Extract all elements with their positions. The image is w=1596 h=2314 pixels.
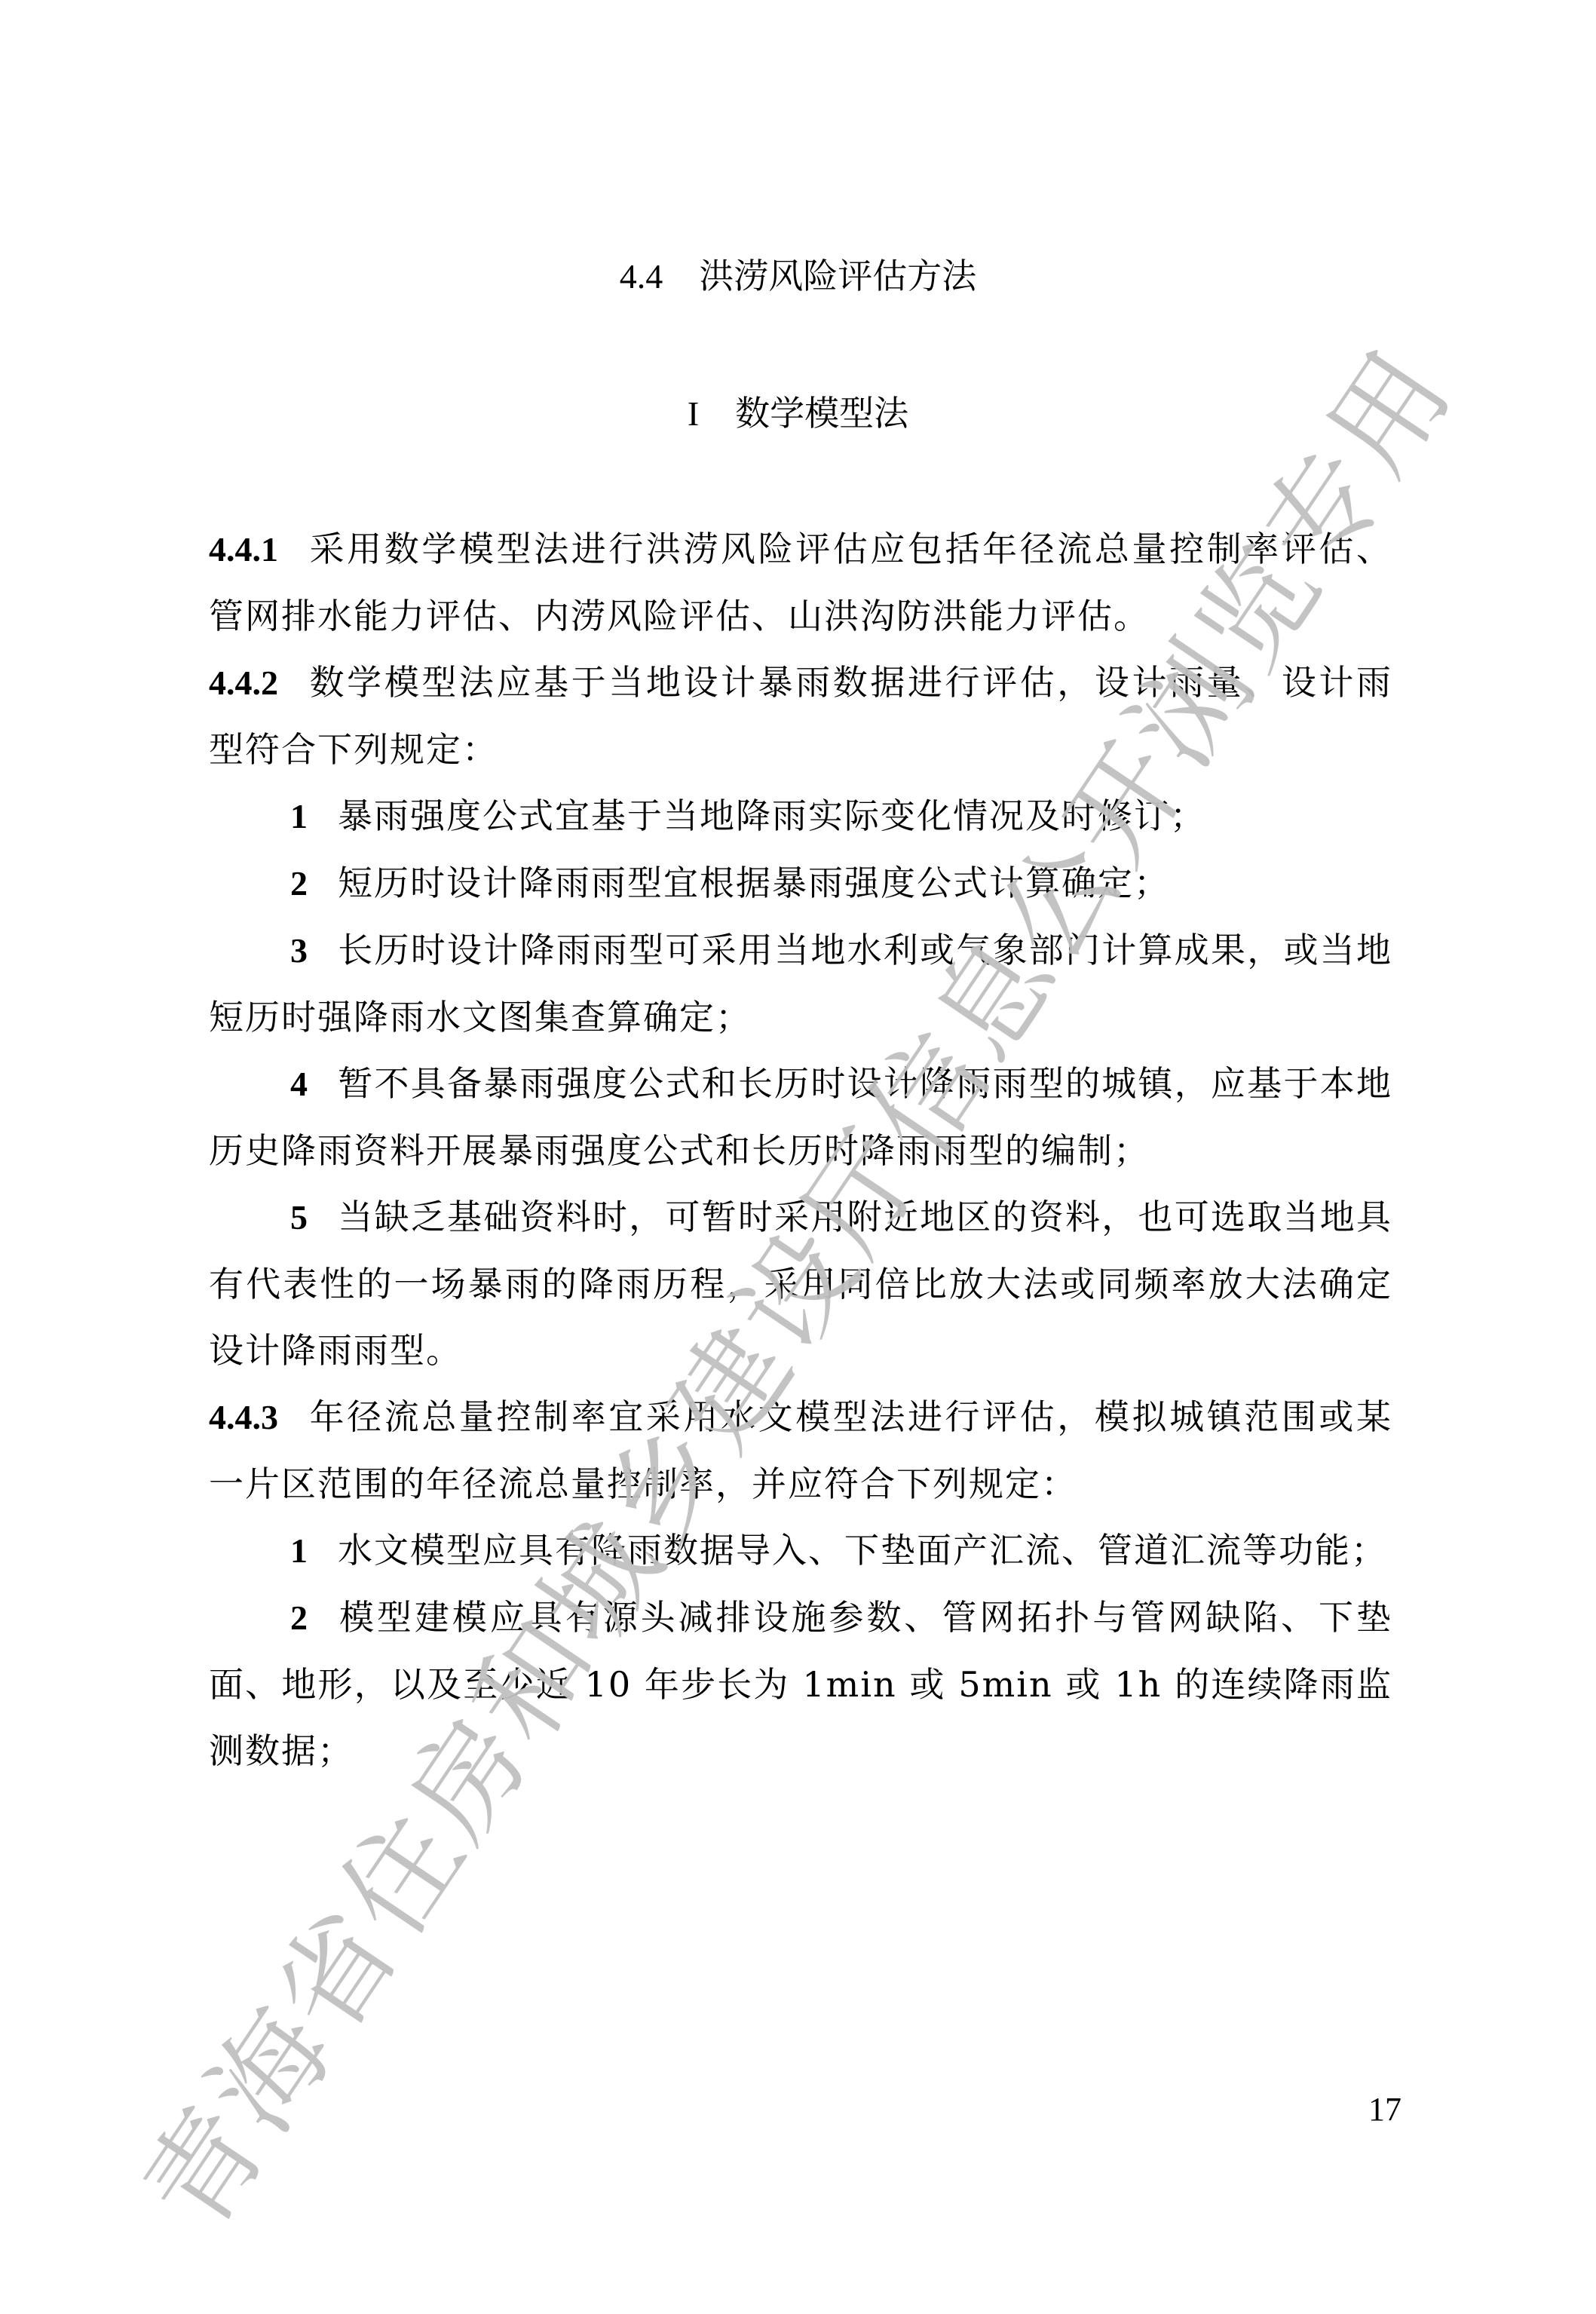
item-text: 短历时设计降雨雨型宜根据暴雨强度公式计算确定； [338,863,1170,903]
subsection-heading: I数学模型法 [0,386,1596,436]
item-number: 1 [290,1531,308,1570]
list-item: 4暂不具备暴雨强度公式和长历时设计降雨雨型的城镇，应基于本地历史降雨资料开展暴雨… [209,1050,1392,1184]
item-text: 模型建模应具有源头减排设施参数、管网拓扑与管网缺陷、下垫面、地形，以及至少近 1… [209,1597,1392,1771]
subsection-number: I [688,394,699,433]
clause-text: 采用数学模型法进行洪涝风险评估应包括年径流总量控制率评估、管网排水能力评估、内涝… [209,529,1392,636]
section-number: 4.4 [620,257,663,296]
list-item: 1暴雨强度公式宜基于当地降雨实际变化情况及时修订； [209,783,1392,850]
item-text: 暴雨强度公式宜基于当地降雨实际变化情况及时修订； [338,795,1206,836]
subsection-title: 数学模型法 [735,393,908,434]
document-body: 4.4.1采用数学模型法进行洪涝风险评估应包括年径流总量控制率评估、管网排水能力… [209,516,1392,1784]
item-number: 5 [290,1198,308,1237]
item-text: 长历时设计降雨雨型可采用当地水利或气象部门计算成果，或当地短历时强降雨水文图集查… [209,930,1392,1037]
list-item: 3长历时设计降雨雨型可采用当地水利或气象部门计算成果，或当地短历时强降雨水文图集… [209,917,1392,1050]
item-text: 当缺乏基础资料时，可暂时采用附近地区的资料，也可选取当地具有代表性的一场暴雨的降… [209,1197,1392,1371]
item-number: 2 [290,1598,308,1637]
list-item: 1水文模型应具有降雨数据导入、下垫面产汇流、管道汇流等功能； [209,1517,1392,1584]
clause-number: 4.4.2 [209,664,278,702]
clause-4-4-1: 4.4.1采用数学模型法进行洪涝风险评估应包括年径流总量控制率评估、管网排水能力… [209,516,1392,649]
item-text: 暂不具备暴雨强度公式和长历时设计降雨雨型的城镇，应基于本地历史降雨资料开展暴雨强… [209,1063,1392,1171]
list-item: 2短历时设计降雨雨型宜根据暴雨强度公式计算确定； [209,850,1392,917]
clause-4-4-2: 4.4.2数学模型法应基于当地设计暴雨数据进行评估，设计雨量、设计雨型符合下列规… [209,649,1392,783]
clause-number: 4.4.3 [209,1398,278,1436]
section-title: 洪涝风险评估方法 [699,256,976,296]
clause-4-4-3: 4.4.3年径流总量控制率宜采用水文模型法进行评估，模拟城镇范围或某一片区范围的… [209,1384,1392,1517]
section-heading: 4.4洪涝风险评估方法 [0,249,1596,299]
clause-text: 数学模型法应基于当地设计暴雨数据进行评估，设计雨量、设计雨型符合下列规定： [209,662,1392,770]
item-number: 3 [290,931,308,970]
item-number: 2 [290,864,308,903]
item-number: 1 [290,797,308,835]
list-item: 2模型建模应具有源头减排设施参数、管网拓扑与管网缺陷、下垫面、地形，以及至少近 … [209,1584,1392,1784]
item-text: 水文模型应具有降雨数据导入、下垫面产汇流、管道汇流等功能； [338,1530,1387,1571]
list-item: 5当缺乏基础资料时，可暂时采用附近地区的资料，也可选取当地具有代表性的一场暴雨的… [209,1184,1392,1384]
document-page: 4.4洪涝风险评估方法 I数学模型法 4.4.1采用数学模型法进行洪涝风险评估应… [0,0,1596,2314]
clause-text: 年径流总量控制率宜采用水文模型法进行评估，模拟城镇范围或某一片区范围的年径流总量… [209,1396,1392,1504]
item-number: 4 [290,1065,308,1103]
clause-number: 4.4.1 [209,530,278,569]
page-number: 17 [1368,2090,1401,2129]
